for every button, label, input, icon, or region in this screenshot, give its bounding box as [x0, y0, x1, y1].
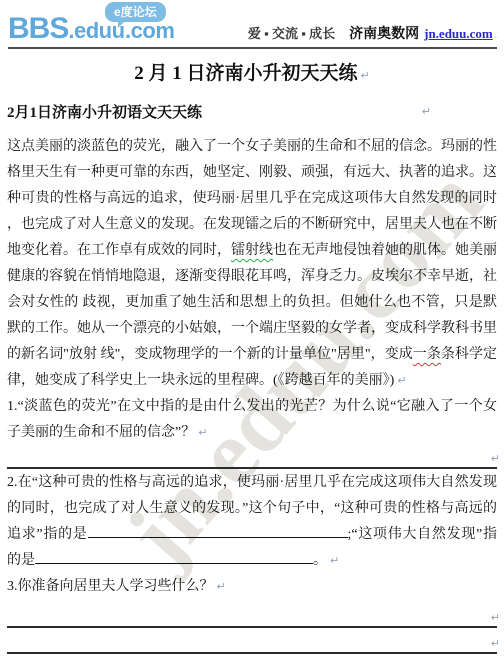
answer-line-3: ↵: [7, 628, 497, 654]
question-3: 3.你准备向居里夫人学习些什么？↵: [7, 574, 497, 600]
forum-bubble-badge: e度论坛: [105, 2, 166, 22]
logo-bbs-text: BBS: [8, 12, 68, 45]
question-1: 1.“淡蓝色的荧光”在文中指的是由什么发出的光芒？为什么说“它融入了一个女子美丽…: [7, 394, 497, 446]
question-2: 2.在“这种可贵的性格与高远的追求，使玛丽·居里几乎在完成这项伟大自然发现的同时…: [7, 470, 497, 574]
answer-line-2: ↵: [7, 600, 497, 628]
paragraph-mark: ↵: [491, 637, 500, 650]
site-name: 济南奥数网: [349, 23, 419, 43]
article-segment: 也在无声地侵蚀着她的肌体。她美丽健康的容貌在悄悄地隐退，逐渐变得眼花耳鸣，浑身乏…: [7, 243, 497, 362]
paragraph-mark: ↵: [422, 105, 431, 118]
article-paragraph: 这点美丽的淡蓝色的荧光，融入了一个女子美丽的生命和不屈的信念。玛丽的性格里天生有…: [7, 134, 497, 394]
question-2-text-c: 。: [313, 553, 327, 568]
answer-blank-2: [35, 551, 313, 564]
spellcheck-red-word: 一条: [413, 347, 441, 362]
subtitle-row: 2月1日济南小升初语文天天练 ↵: [7, 101, 431, 122]
answer-blank-1: [88, 525, 348, 538]
paragraph-mark: ↵: [491, 611, 500, 624]
paragraph-mark: ↵: [330, 554, 339, 567]
spellcheck-green-word: 镭射线: [231, 243, 273, 258]
section-subtitle: 2月1日济南小升初语文天天练: [7, 101, 202, 122]
document-body: 这点美丽的淡蓝色的荧光，融入了一个女子美丽的生命和不屈的信念。玛丽的性格里天生有…: [7, 134, 497, 654]
forum-bubble-label: e度论坛: [114, 5, 157, 19]
page-title: 2 月 1 日济南小升初天天练: [134, 63, 357, 84]
logo-edu-text: .edu: [68, 18, 111, 43]
paragraph-mark: .: [495, 30, 497, 40]
page-header: BBS.eduu.com e度论坛 爱 ▪ 交流 ▪ 成长 济南奥数网 jn.e…: [8, 0, 497, 49]
paragraph-mark: ↵: [397, 374, 406, 387]
motto-text: 爱 ▪ 交流 ▪ 成长: [248, 23, 335, 42]
article-segment: 这点美丽的淡蓝色的荧光，融入了一个女子美丽的生命和不屈的信念。玛丽的性格里天生有…: [7, 139, 497, 258]
question-3-text: 3.你准备向居里夫人学习些什么？: [7, 579, 214, 594]
title-row: 2 月 1 日济南小升初天天练↵: [0, 58, 504, 85]
document-page: jn.eduu.com BBS.eduu.com e度论坛 爱 ▪ 交流 ▪ 成…: [0, 0, 504, 661]
paragraph-mark: ↵: [491, 452, 500, 465]
answer-line-1: ↵: [7, 446, 497, 469]
paragraph-mark: ↵: [361, 69, 370, 82]
site-link[interactable]: jn.eduu.com: [424, 26, 493, 42]
header-tagline: 爱 ▪ 交流 ▪ 成长 济南奥数网 jn.eduu.com .: [248, 23, 497, 43]
paragraph-mark: ↵: [217, 580, 226, 593]
question-1-text: 1.“淡蓝色的荧光”在文中指的是由什么发出的光芒？为什么说“它融入了一个女子美丽…: [7, 399, 497, 440]
paragraph-mark: ↵: [198, 426, 207, 439]
